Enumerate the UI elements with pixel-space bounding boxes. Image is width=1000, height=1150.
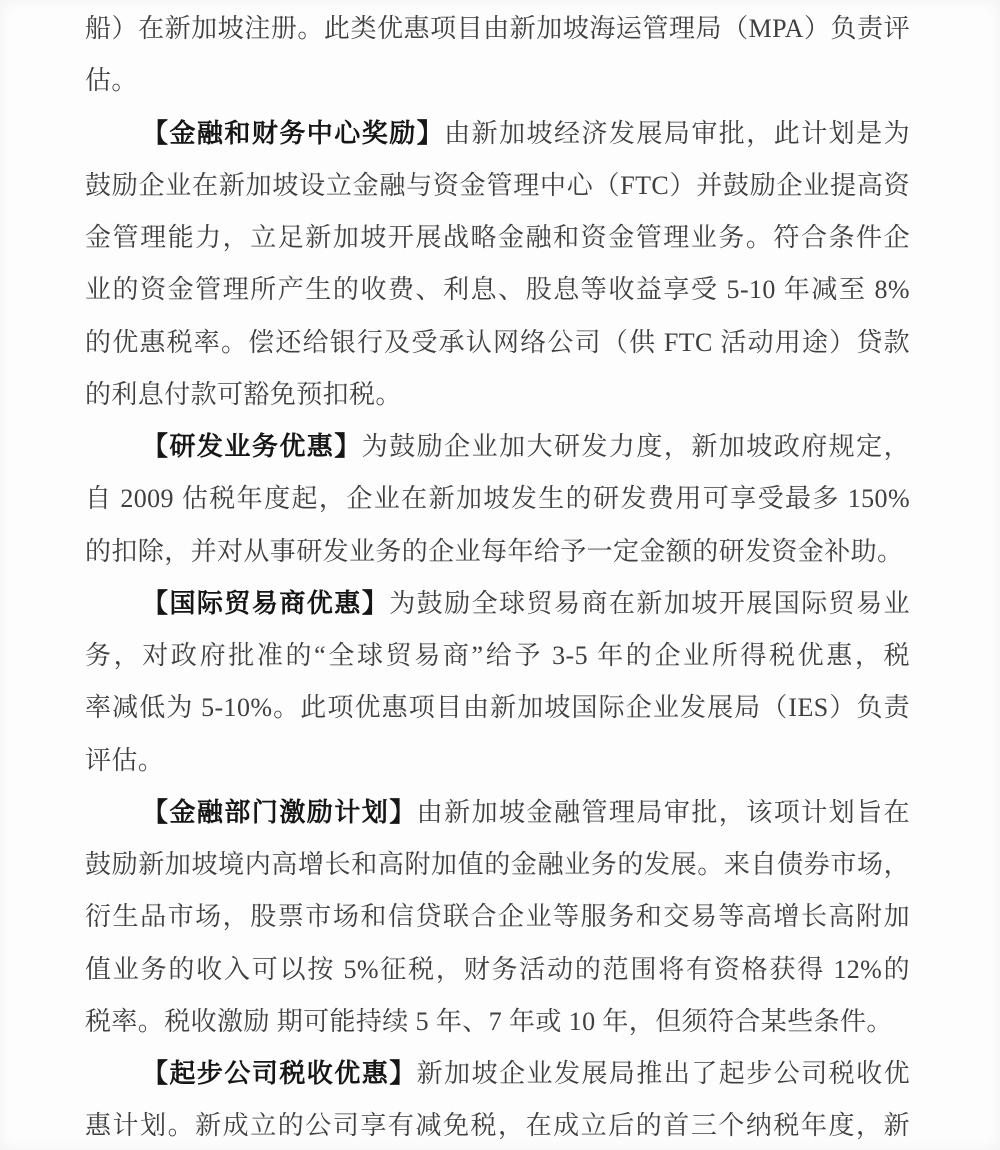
text-line: 的优惠税率。偿还给银行及受承认网络公司（供 FTC 活动用途）贷款	[85, 317, 910, 369]
text-line: 惠计划。新成立的公司享有减免税，在成立后的首三个纳税年度，新	[85, 1100, 910, 1150]
line-text: 估。	[85, 66, 138, 95]
line-text: 鼓励企业在新加坡设立金融与资金管理中心（FTC）并鼓励企业提高资	[85, 171, 910, 200]
text-line: 自 2009 估税年度起，企业在新加坡发生的研发费用可享受最多 150%	[85, 473, 910, 525]
section-heading: 【研发业务优惠】	[142, 432, 362, 461]
text-line: 业的资金管理所产生的收费、利息、股息等收益享受 5-10 年减至 8%	[85, 264, 910, 316]
line-text: 鼓励新加坡境内高增长和高附加值的金融业务的发展。来自债券市场，	[85, 850, 910, 879]
line-text: 惠计划。新成立的公司享有减免税，在成立后的首三个纳税年度，新	[85, 1111, 910, 1140]
section-heading: 【起步公司税收优惠】	[142, 1059, 417, 1088]
line-text: 为鼓励全球贸易商在新加坡开展国际贸易业	[389, 589, 910, 618]
section-heading: 【金融部门激励计划】	[142, 798, 417, 827]
section-heading: 【国际贸易商优惠】	[142, 589, 389, 618]
text-line: 金管理能力，立足新加坡开展战略金融和资金管理业务。符合条件企	[85, 212, 910, 264]
text-line: 务，对政府批准的“全球贸易商”给予 3-5 年的企业所得税优惠，税	[85, 630, 910, 682]
line-text: 由新加坡经济发展局审批，此计划是为	[444, 119, 910, 148]
text-line: 值业务的收入可以按 5%征税，财务活动的范围将有资格获得 12%的	[85, 944, 910, 996]
text-line: 的扣除，并对从事研发业务的企业每年给予一定金额的研发资金补助。	[85, 526, 910, 578]
line-text: 务，对政府批准的“全球贸易商”给予 3-5 年的企业所得税优惠，税	[85, 641, 910, 670]
line-text: 业的资金管理所产生的收费、利息、股息等收益享受 5-10 年减至 8%	[85, 275, 910, 304]
line-text: 为鼓励企业加大研发力度，新加坡政府规定，	[362, 432, 910, 461]
line-text: 自 2009 估税年度起，企业在新加坡发生的研发费用可享受最多 150%	[85, 484, 910, 513]
line-text: 的利息付款可豁免预扣税。	[85, 380, 402, 409]
line-text: 新加坡企业发展局推出了起步公司税收优	[417, 1059, 910, 1088]
line-text: 值业务的收入可以按 5%征税，财务活动的范围将有资格获得 12%的	[85, 955, 910, 984]
line-text: 税率。税收激励 期可能持续 5 年、7 年或 10 年，但须符合某些条件。	[85, 1007, 893, 1036]
line-text: 评估。	[85, 746, 164, 775]
text-line: 估。	[85, 55, 910, 107]
paragraph-first-line: 【国际贸易商优惠】为鼓励全球贸易商在新加坡开展国际贸易业	[85, 578, 910, 630]
paragraph-first-line: 【研发业务优惠】为鼓励企业加大研发力度，新加坡政府规定，	[85, 421, 910, 473]
text-line: 鼓励企业在新加坡设立金融与资金管理中心（FTC）并鼓励企业提高资	[85, 160, 910, 212]
line-text: 的扣除，并对从事研发业务的企业每年给予一定金额的研发资金补助。	[85, 537, 903, 566]
text-line: 评估。	[85, 735, 910, 787]
paragraph-first-line: 【金融部门激励计划】由新加坡金融管理局审批，该项计划旨在	[85, 787, 910, 839]
line-text: 金管理能力，立足新加坡开展战略金融和资金管理业务。符合条件企	[85, 223, 910, 252]
paragraph-first-line: 【金融和财务中心奖励】由新加坡经济发展局审批，此计划是为	[85, 108, 910, 160]
text-line: 船）在新加坡注册。此类优惠项目由新加坡海运管理局（MPA）负责评	[85, 3, 910, 55]
text-line: 的利息付款可豁免预扣税。	[85, 369, 910, 421]
section-heading: 【金融和财务中心奖励】	[142, 119, 444, 148]
line-text: 衍生品市场，股票市场和信贷联合企业等服务和交易等高增长高附加	[85, 902, 910, 931]
paragraph-first-line: 【起步公司税收优惠】新加坡企业发展局推出了起步公司税收优	[85, 1048, 910, 1100]
line-text: 船）在新加坡注册。此类优惠项目由新加坡海运管理局（MPA）负责评	[85, 14, 910, 43]
line-text: 的优惠税率。偿还给银行及受承认网络公司（供 FTC 活动用途）贷款	[85, 328, 910, 357]
line-text: 由新加坡金融管理局审批，该项计划旨在	[417, 798, 910, 827]
text-line: 率减低为 5-10%。此项优惠项目由新加坡国际企业发展局（IES）负责	[85, 682, 910, 734]
document-page: 船）在新加坡注册。此类优惠项目由新加坡海运管理局（MPA）负责评估。【金融和财务…	[0, 0, 1000, 1150]
line-text: 率减低为 5-10%。此项优惠项目由新加坡国际企业发展局（IES）负责	[85, 693, 910, 722]
text-line: 衍生品市场，股票市场和信贷联合企业等服务和交易等高增长高附加	[85, 891, 910, 943]
text-line: 鼓励新加坡境内高增长和高附加值的金融业务的发展。来自债券市场，	[85, 839, 910, 891]
text-line: 税率。税收激励 期可能持续 5 年、7 年或 10 年，但须符合某些条件。	[85, 996, 910, 1048]
